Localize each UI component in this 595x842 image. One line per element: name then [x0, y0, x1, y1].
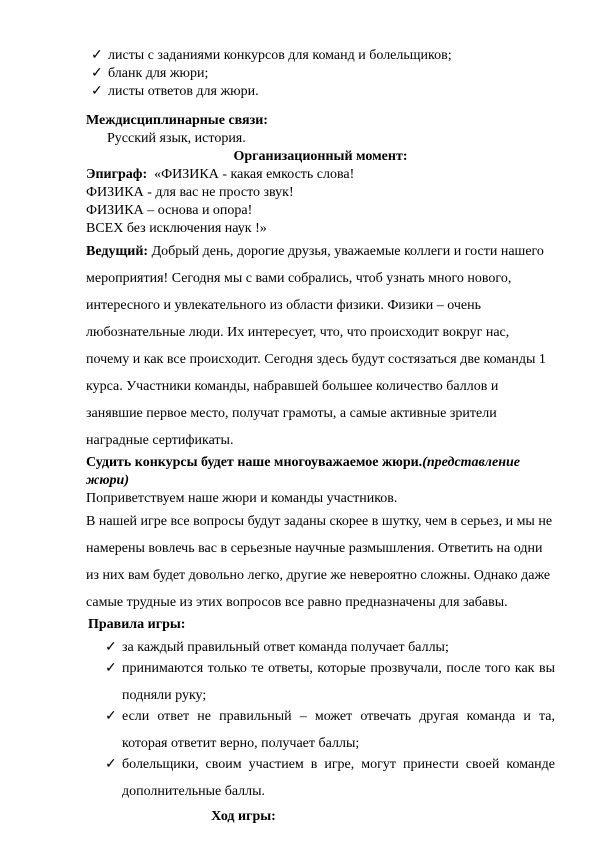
interdisciplinary-heading: Междисциплинарные связи:	[86, 112, 555, 130]
epigraph-line-4: ВСЕХ без исключения наук !»	[86, 220, 555, 238]
epigraph-line-2: ФИЗИКА - для вас не просто звук!	[86, 184, 555, 202]
org-moment-heading: Организационный момент:	[86, 148, 555, 166]
host-label: Ведущий:	[86, 244, 148, 259]
checkmark-icon: ✓	[91, 47, 103, 65]
checklist-item: ✓ бланк для жюри;	[86, 65, 555, 83]
checkmark-icon: ✓	[105, 751, 117, 778]
checklist-item-text: листы с заданиями конкурсов для команд и…	[108, 48, 452, 63]
epigraph-line-3: ФИЗИКА – основа и опора!	[86, 202, 555, 220]
checkmark-icon: ✓	[91, 65, 103, 83]
document-page: ✓ листы с заданиями конкурсов для команд…	[0, 0, 595, 842]
document-content: ✓ листы с заданиями конкурсов для команд…	[0, 0, 595, 826]
game-intro-paragraph: В нашей игре все вопросы будут заданы ск…	[86, 508, 555, 616]
rules-list: ✓ за каждый правильный ответ команда пол…	[86, 634, 555, 805]
rules-item: ✓ болельщики, своим участием в игре, мог…	[100, 751, 555, 805]
jury-greeting: Поприветствуем наше жюри и команды участ…	[86, 490, 555, 508]
checklist-item: ✓ листы с заданиями конкурсов для команд…	[86, 47, 555, 65]
jury-line: Судить конкурсы будет наше многоуважаемо…	[86, 454, 555, 490]
checklist-item: ✓ листы ответов для жюри.	[86, 83, 555, 101]
checkmark-icon: ✓	[105, 703, 117, 730]
rules-item: ✓ принимаются только те ответы, которые …	[100, 655, 555, 709]
checklist-item-text: бланк для жюри;	[108, 66, 208, 81]
checkmark-icon: ✓	[91, 83, 103, 101]
rules-item-line: если ответ не правильный – может отвечат…	[122, 703, 555, 730]
rules-item-line: дополнительные баллы.	[122, 778, 555, 805]
checklist-item-text: листы ответов для жюри.	[108, 84, 259, 99]
materials-checklist: ✓ листы с заданиями конкурсов для команд…	[86, 47, 555, 101]
epigraph-line-1-text: «ФИЗИКА - какая емкость слова!	[154, 167, 354, 182]
interdisciplinary-value: Русский язык, история.	[86, 130, 555, 148]
rules-item: ✓ если ответ не правильный – может отвеч…	[100, 703, 555, 757]
checkmark-icon: ✓	[105, 655, 117, 682]
host-paragraph: Ведущий: Добрый день, дорогие друзья, ув…	[86, 238, 555, 454]
flow-heading: Ход игры:	[86, 808, 401, 826]
epigraph-line-1: Эпиграф: «ФИЗИКА - какая емкость слова!	[86, 166, 555, 184]
rules-item-line: болельщики, своим участием в игре, могут…	[122, 751, 555, 778]
rules-item-line: принимаются только те ответы, которые пр…	[122, 655, 555, 682]
host-text: Добрый день, дорогие друзья, уважаемые к…	[86, 244, 546, 448]
epigraph-label: Эпиграф:	[86, 167, 147, 182]
rules-heading: Правила игры:	[86, 616, 555, 634]
jury-sentence: Судить конкурсы будет наше многоуважаемо…	[86, 455, 422, 470]
